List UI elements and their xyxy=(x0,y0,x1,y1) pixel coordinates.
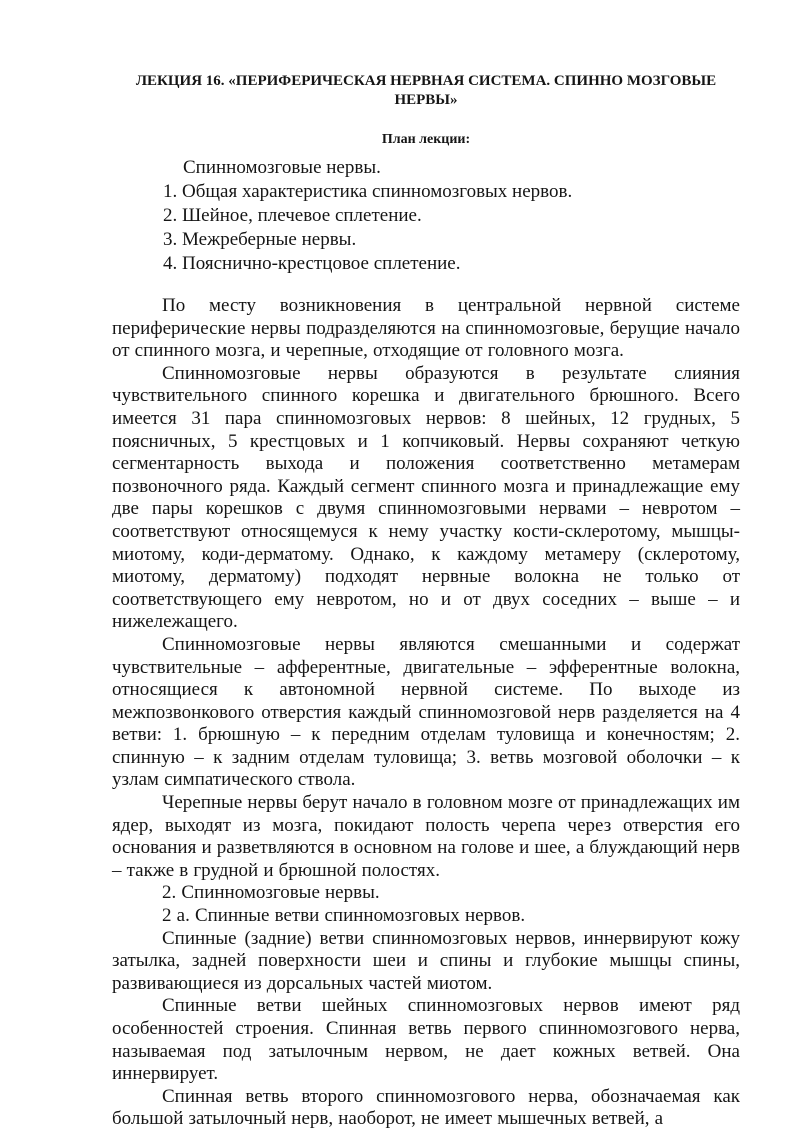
plan-item-1: 1. Общая характеристика спинномозговых н… xyxy=(112,180,740,204)
lecture-title: ЛЕКЦИЯ 16. «ПЕРИФЕРИЧЕСКАЯ НЕРВНАЯ СИСТЕ… xyxy=(112,72,740,110)
plan-intro-line: Спинномозговые нервы. xyxy=(112,156,740,180)
paragraph-cranial-nerves: Черепные нервы берут начало в головном м… xyxy=(112,792,740,882)
paragraph-dorsal-branches-innervation: Спинные (задние) ветви спинномозговых не… xyxy=(112,928,740,996)
paragraph-origin-classification: По месту возникновения в центральной нер… xyxy=(112,295,740,363)
paragraph-cervical-dorsal-branches: Спинные ветви шейных спинномозговых нерв… xyxy=(112,995,740,1085)
body-text: По месту возникновения в центральной нер… xyxy=(112,295,740,1131)
subheading-spinal-nerves: 2. Спинномозговые нервы. xyxy=(112,882,740,905)
page-content: ЛЕКЦИЯ 16. «ПЕРИФЕРИЧЕСКАЯ НЕРВНАЯ СИСТЕ… xyxy=(0,0,800,1131)
plan-list: Спинномозговые нервы. 1. Общая характери… xyxy=(112,156,740,276)
subheading-dorsal-branches: 2 а. Спинные ветви спинномозговых нервов… xyxy=(112,905,740,928)
paragraph-spinal-nerves-formation: Спинномозговые нервы образуются в резуль… xyxy=(112,363,740,634)
paragraph-mixed-nerves-branches: Спинномозговые нервы являются смешанными… xyxy=(112,634,740,792)
plan-item-3: 3. Межреберные нервы. xyxy=(112,228,740,252)
paragraph-second-nerve-branch: Спинная ветвь второго спинномозгового не… xyxy=(112,1086,740,1131)
lecture-document-page: ЛЕКЦИЯ 16. «ПЕРИФЕРИЧЕСКАЯ НЕРВНАЯ СИСТЕ… xyxy=(0,0,800,1131)
plan-heading: План лекции: xyxy=(112,131,740,148)
plan-item-4: 4. Пояснично-крестцовое сплетение. xyxy=(112,252,740,276)
plan-item-2: 2. Шейное, плечевое сплетение. xyxy=(112,204,740,228)
